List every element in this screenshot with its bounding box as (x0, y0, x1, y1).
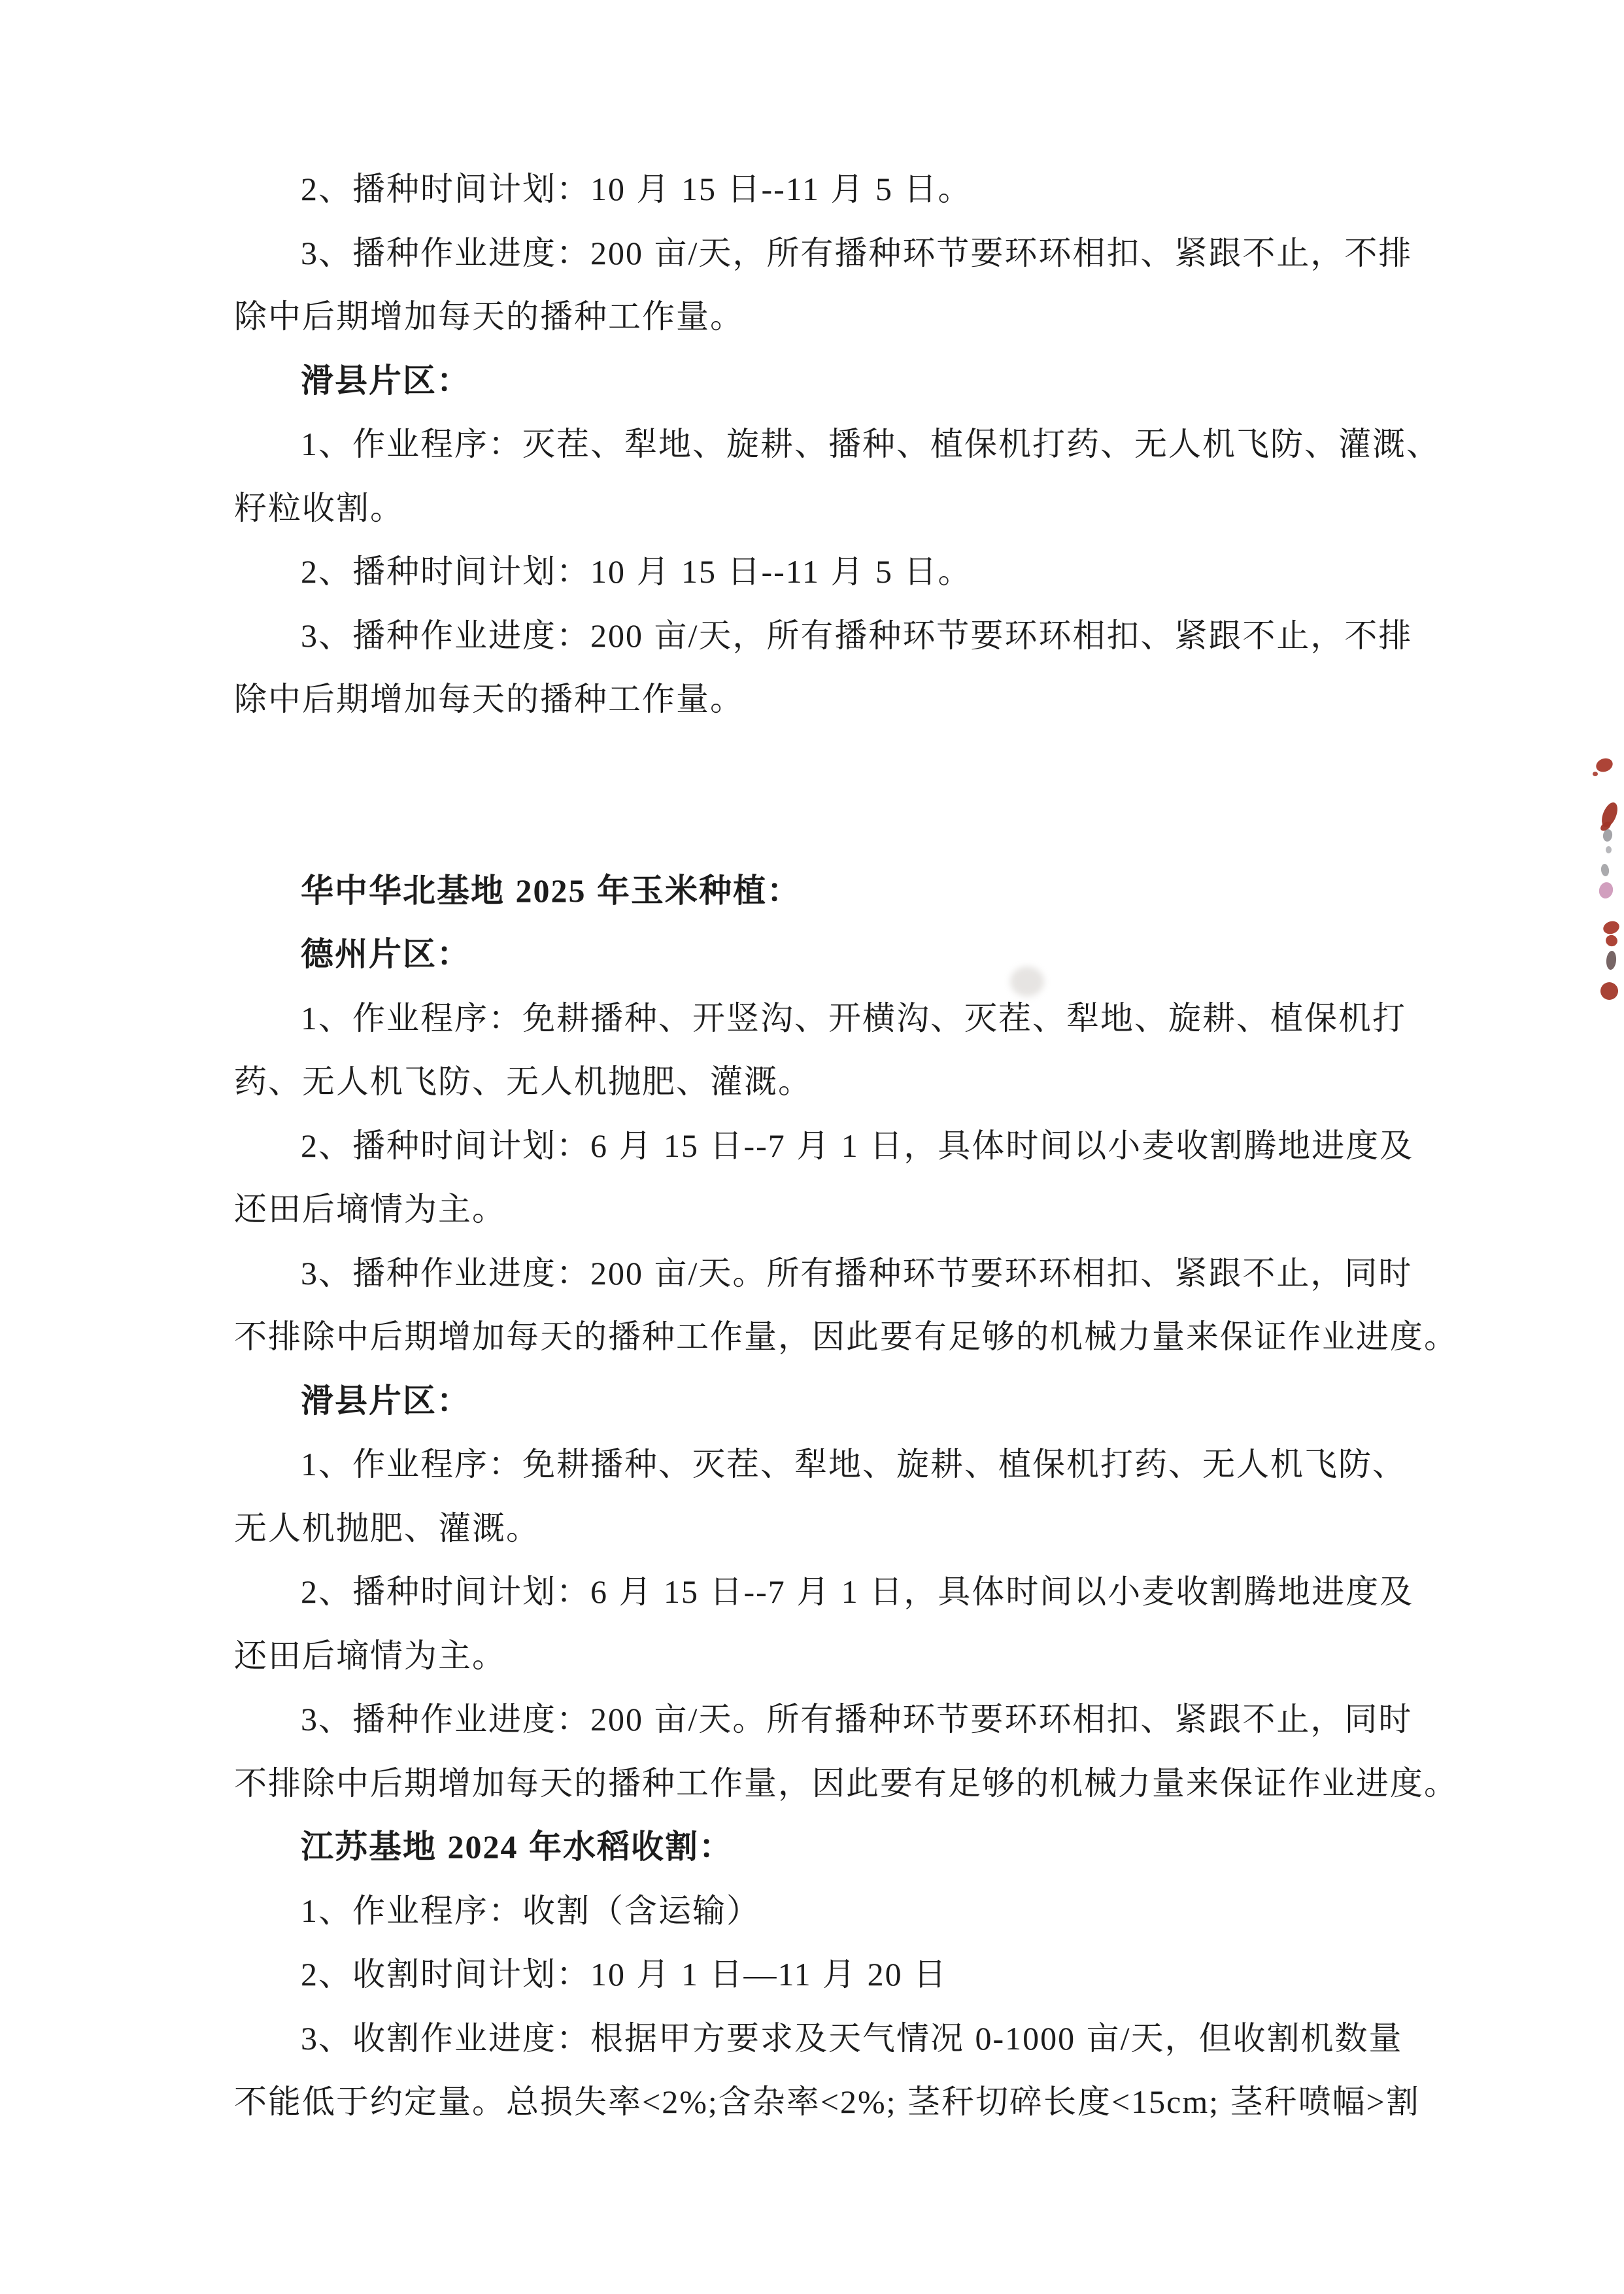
stamp-fragment (1593, 772, 1598, 776)
text-line: 1、作业程序：灭茬、犁地、旋耕、播种、植保机打药、无人机飞防、灌溉、 (234, 413, 1552, 477)
document-body: 2、播种时间计划：10 月 15 日--11 月 5 日。3、播种作业进度：20… (234, 158, 1552, 2134)
text-line: 2、播种时间计划：10 月 15 日--11 月 5 日。 (234, 158, 1552, 222)
text-line: 1、作业程序：收割（含运输） (234, 1879, 1552, 1943)
text-line: 3、播种作业进度：200 亩/天。所有播种环节要环环相扣、紧跟不止，同时 (234, 1688, 1552, 1752)
text-line: 2、播种时间计划：6 月 15 日--7 月 1 日，具体时间以小麦收割腾地进度… (234, 1114, 1552, 1178)
text-line: 不排除中后期增加每天的播种工作量，因此要有足够的机械力量来保证作业进度。 (234, 1752, 1552, 1816)
text-line: 3、收割作业进度：根据甲方要求及天气情况 0-1000 亩/天，但收割机数量 (234, 2007, 1552, 2071)
text-line: 江苏基地 2024 年水稻收割： (234, 1815, 1552, 1879)
stamp-fragment (1600, 863, 1610, 876)
stamp-fragment (1604, 933, 1619, 948)
stamp-fragment (1594, 756, 1614, 774)
text-line: 籽粒收割。 (234, 477, 1552, 541)
scan-smudge (1010, 967, 1044, 997)
text-line: 滑县片区： (234, 1369, 1552, 1433)
text-line: 3、播种作业进度：200 亩/天，所有播种环节要环环相扣、紧跟不止，不排 (234, 222, 1552, 286)
text-line: 还田后墒情为主。 (234, 1178, 1552, 1242)
stamp-fragment (1606, 846, 1612, 853)
stamp-fragment (1597, 881, 1615, 900)
text-line: 无人机抛肥、灌溉。 (234, 1497, 1552, 1561)
text-line: 除中后期增加每天的播种工作量。 (234, 285, 1552, 349)
document-page: 2、播种时间计划：10 月 15 日--11 月 5 日。3、播种作业进度：20… (0, 0, 1624, 2294)
text-line: 2、播种时间计划：10 月 15 日--11 月 5 日。 (234, 540, 1552, 604)
text-line: 滑县片区： (234, 349, 1552, 413)
stamp-fragment (1599, 981, 1619, 1001)
text-line: 3、播种作业进度：200 亩/天。所有播种环节要环环相扣、紧跟不止，同时 (234, 1242, 1552, 1306)
text-line: 2、播种时间计划：6 月 15 日--7 月 1 日，具体时间以小麦收割腾地进度… (234, 1560, 1552, 1624)
text-line: 不能低于约定量。总损失率<2%;含杂率<2%; 茎秆切碎长度<15cm; 茎秆喷… (234, 2070, 1552, 2134)
text-line: 1、作业程序：免耕播种、灭茬、犁地、旋耕、植保机打药、无人机飞防、 (234, 1433, 1552, 1497)
text-line: 还田后墒情为主。 (234, 1624, 1552, 1688)
text-line: 德州片区： (234, 923, 1552, 987)
text-line: 1、作业程序：免耕播种、开竖沟、开横沟、灭茬、犁地、旋耕、植保机打 (234, 987, 1552, 1051)
text-line: 3、播种作业进度：200 亩/天，所有播种环节要环环相扣、紧跟不止，不排 (234, 604, 1552, 668)
text-line: 不排除中后期增加每天的播种工作量，因此要有足够的机械力量来保证作业进度。 (234, 1305, 1552, 1369)
text-line: 除中后期增加每天的播种工作量。 (234, 668, 1552, 732)
text-line: 华中华北基地 2025 年玉米种植： (234, 859, 1552, 923)
stamp-fragment (1602, 919, 1621, 936)
text-line: 2、收割时间计划：10 月 1 日—11 月 20 日 (234, 1943, 1552, 2007)
text-line: 药、无人机飞防、无人机抛肥、灌溉。 (234, 1050, 1552, 1114)
stamp-fragment (1606, 950, 1617, 970)
